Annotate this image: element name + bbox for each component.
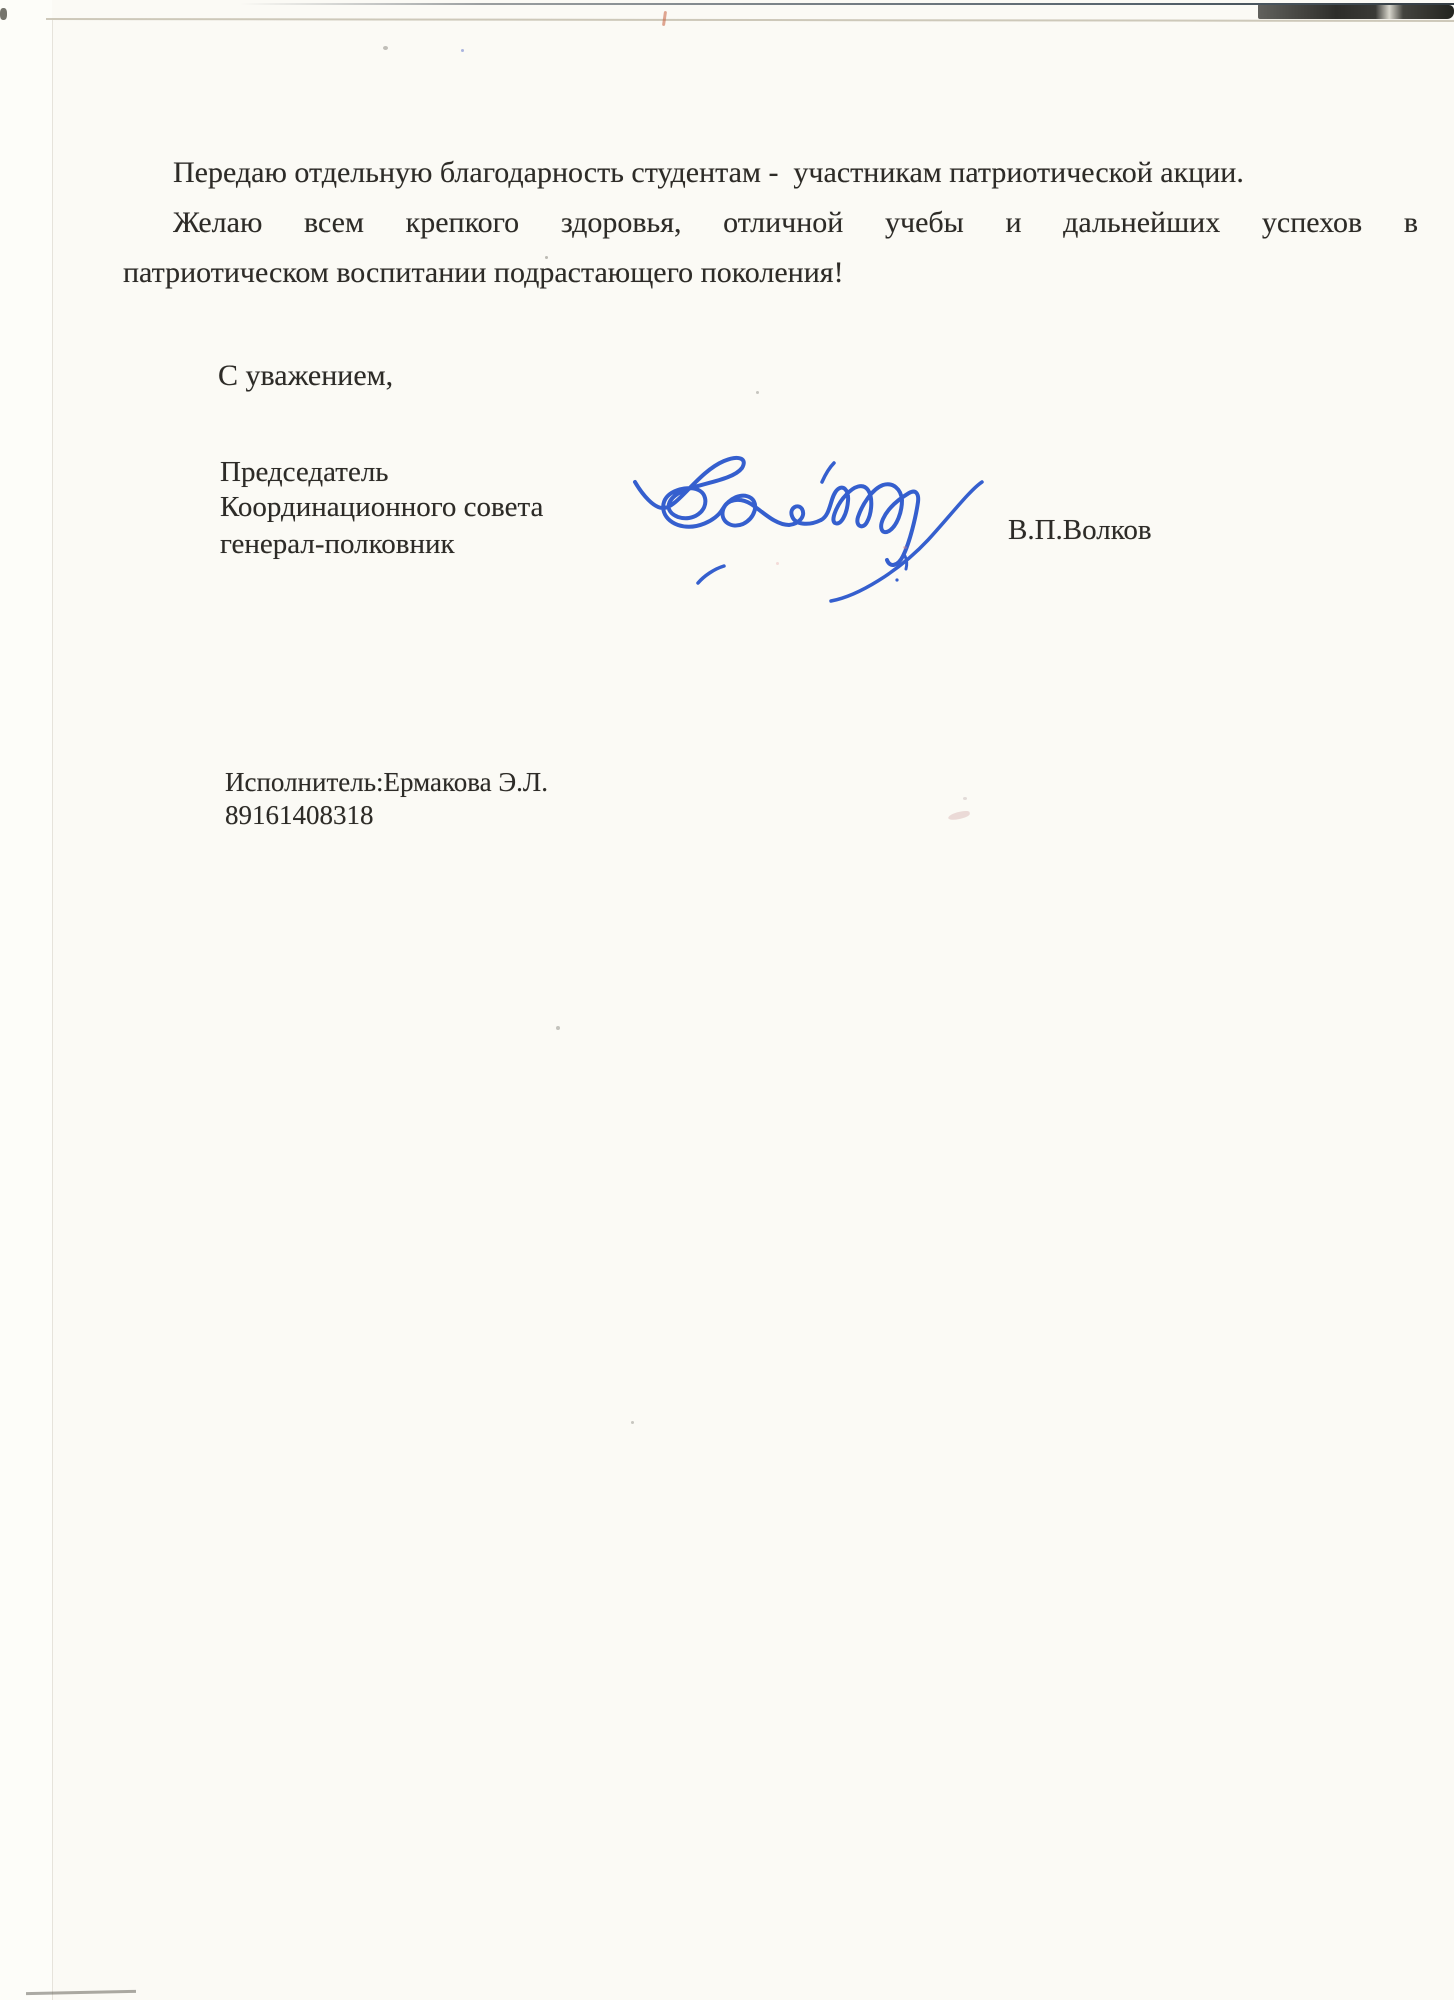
scan-speck bbox=[948, 810, 971, 821]
scan-speck bbox=[461, 49, 464, 52]
signer-name: В.П.Волков bbox=[1008, 516, 1152, 545]
scan-edge-top-right-band bbox=[1258, 5, 1454, 19]
scanned-letter-page: Передаю отдельную благодарность студента… bbox=[0, 0, 1454, 2000]
scan-speck bbox=[556, 1026, 560, 1030]
scan-speck bbox=[631, 1421, 634, 1424]
page-edge-top-line bbox=[46, 18, 1454, 22]
executor-name: Исполнитель:Ермакова Э.Л. bbox=[225, 769, 548, 796]
signer-title-line-2: Координационного совета bbox=[220, 493, 543, 522]
scan-speck bbox=[756, 391, 759, 394]
paragraph-2-line-2: патриотическом воспитании подрастающего … bbox=[123, 258, 844, 288]
paragraph-1: Передаю отдельную благодарность студента… bbox=[173, 158, 1244, 188]
scan-left-margin bbox=[0, 0, 52, 2000]
scan-speck bbox=[545, 256, 548, 259]
signer-title-line-1: Председатель bbox=[220, 458, 389, 487]
executor-phone: 89161408318 bbox=[225, 802, 374, 829]
handwritten-signature bbox=[600, 420, 1020, 610]
page-edge-left bbox=[52, 20, 53, 2000]
closing-salutation: С уважением, bbox=[218, 361, 393, 391]
scan-speck bbox=[963, 797, 967, 800]
paragraph-2-line-1: Желаю всем крепкого здоровья, отличной у… bbox=[173, 208, 1418, 238]
scan-corner-mark bbox=[0, 8, 7, 20]
scan-speck bbox=[776, 562, 779, 565]
signer-title-line-3: генерал-полковник bbox=[220, 530, 455, 559]
scan-speck bbox=[383, 46, 388, 50]
scan-speck bbox=[903, 546, 907, 549]
